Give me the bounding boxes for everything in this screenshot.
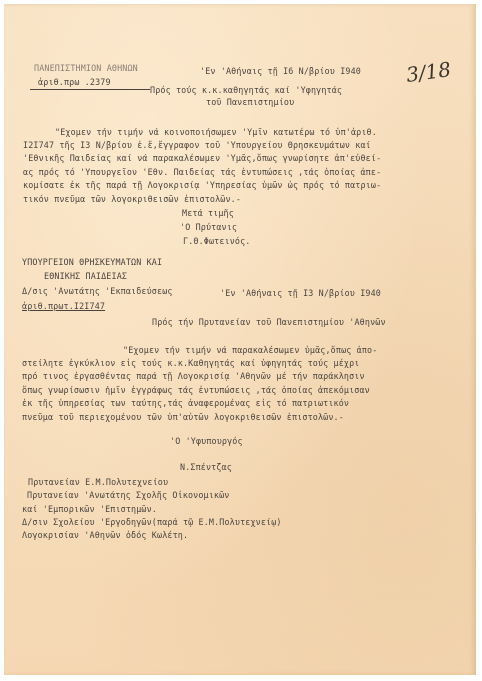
- closing: Μετά τιμῆς: [182, 209, 234, 217]
- reference-number: ἀριθ.πρωτ.I2I747: [22, 302, 105, 310]
- body-line: πνεῦμα τοῦ περιεχομένου τῶν ὑπ'αὐτῶν λογ…: [22, 413, 344, 421]
- body-line: "Εχομεν τήν τιμήν νά παρακαλέσωμεν ὑμᾶς,…: [123, 346, 377, 354]
- letter-date: 'Εν 'Αθήναις τῇ I6 Ν/βρίου I940: [200, 67, 361, 75]
- body-line: ἐκ τῆς ὑπηρεσίας των ταύτης,τάς ἀναφερομ…: [22, 399, 349, 407]
- reference-number: ἀριθ.πρω .2379: [38, 78, 111, 86]
- reference-underline: [30, 89, 150, 90]
- distribution-item: Πρυτανείαν Ε.Μ.Πολυτεχνείου: [28, 478, 168, 486]
- letter-date: 'Εν 'Αθήναις τῇ I3 Ν/βρίου I940: [220, 289, 381, 297]
- signatory-title: 'Ο Πρύτανις: [180, 223, 237, 231]
- signatory-name: Ν.Σπέντζας: [180, 463, 232, 471]
- body-line: ας πρός τό 'Υπουργεῖον 'Εθν. Παιδείας τά…: [23, 168, 381, 176]
- distribution-item: Λογοκρισίαν 'Αθηνῶν ὁδός Κωλέτη.: [22, 531, 188, 539]
- department: Δ/σις 'Ανωτάτης 'Εκπαιδεύσεως: [22, 287, 173, 295]
- body-line: πρό τινος ἐργασθέντας παρά τῇ Λογοκρισίᾳ…: [22, 372, 365, 380]
- body-line: κομίσατε ἐκ τῆς παρά τῇ Λογοκρισίᾳ 'Υπηρ…: [23, 181, 381, 189]
- body-line: 'Εθνικῆς Παιδείας καί νά παρακαλέσωμεν '…: [23, 154, 381, 162]
- signatory-title: 'Ο 'Υφυπουργός: [170, 437, 243, 445]
- body-line: ὅπως γνωρίσωσιν ἡμῖν ἐγγράφως τάς ἐντυπώ…: [22, 386, 370, 394]
- body-line: "Εχομεν τήν τιμήν νά κοινοποιήσωμεν 'Υμῖ…: [55, 128, 377, 136]
- recipient-line: Πρός τήν Πρυτανείαν τοῦ Πανεπιστημίου 'Α…: [152, 318, 386, 326]
- recipient-line: Πρός τούς κ.κ.καθηγητάς καί 'Υφηγητάς: [150, 86, 342, 94]
- distribution-item: Πρυτανείαν 'Ανωτάτης Σχολῆς Οἰκονομικῶν: [27, 491, 230, 499]
- sender-header: ΠΑΝΕΠΙΣΤΗΜΙΟΝ ΑΘΗΝΩΝ: [34, 64, 138, 72]
- distribution-item: Δ/σιν Σχολείου 'Εργοδηγῶν(παρά τῷ Ε.Μ.Πο…: [22, 518, 282, 526]
- signatory-name: Γ.Θ.Φωτεινός.: [183, 237, 251, 245]
- body-line: τικόν πνεῦμα τῶν λογοκριθεισῶν ἐπιστολῶν…: [23, 195, 241, 203]
- body-line: I2I747 τῆς I3 Ν/βρίου ἐ.ἔ,ἔγγραφον τοῦ '…: [23, 141, 371, 149]
- distribution-item: καί 'Εμπορικῶν 'Επιστημῶν.: [22, 505, 157, 513]
- recipient-line: τοῦ Πανεπιστημίου: [206, 98, 294, 106]
- body-line: στείλητε ἐγκύκλιον εἰς τούς κ.κ.Καθηγητά…: [22, 359, 360, 367]
- ministry-header: ΕΘΝΙΚΗΣ ΠΑΙΔΕΙΑΣ: [44, 272, 127, 280]
- ministry-header: ΥΠΟΥΡΓΕΙΟΝ ΘΡΗΣΚΕΥΜΑΤΩΝ ΚΑΙ: [22, 258, 162, 266]
